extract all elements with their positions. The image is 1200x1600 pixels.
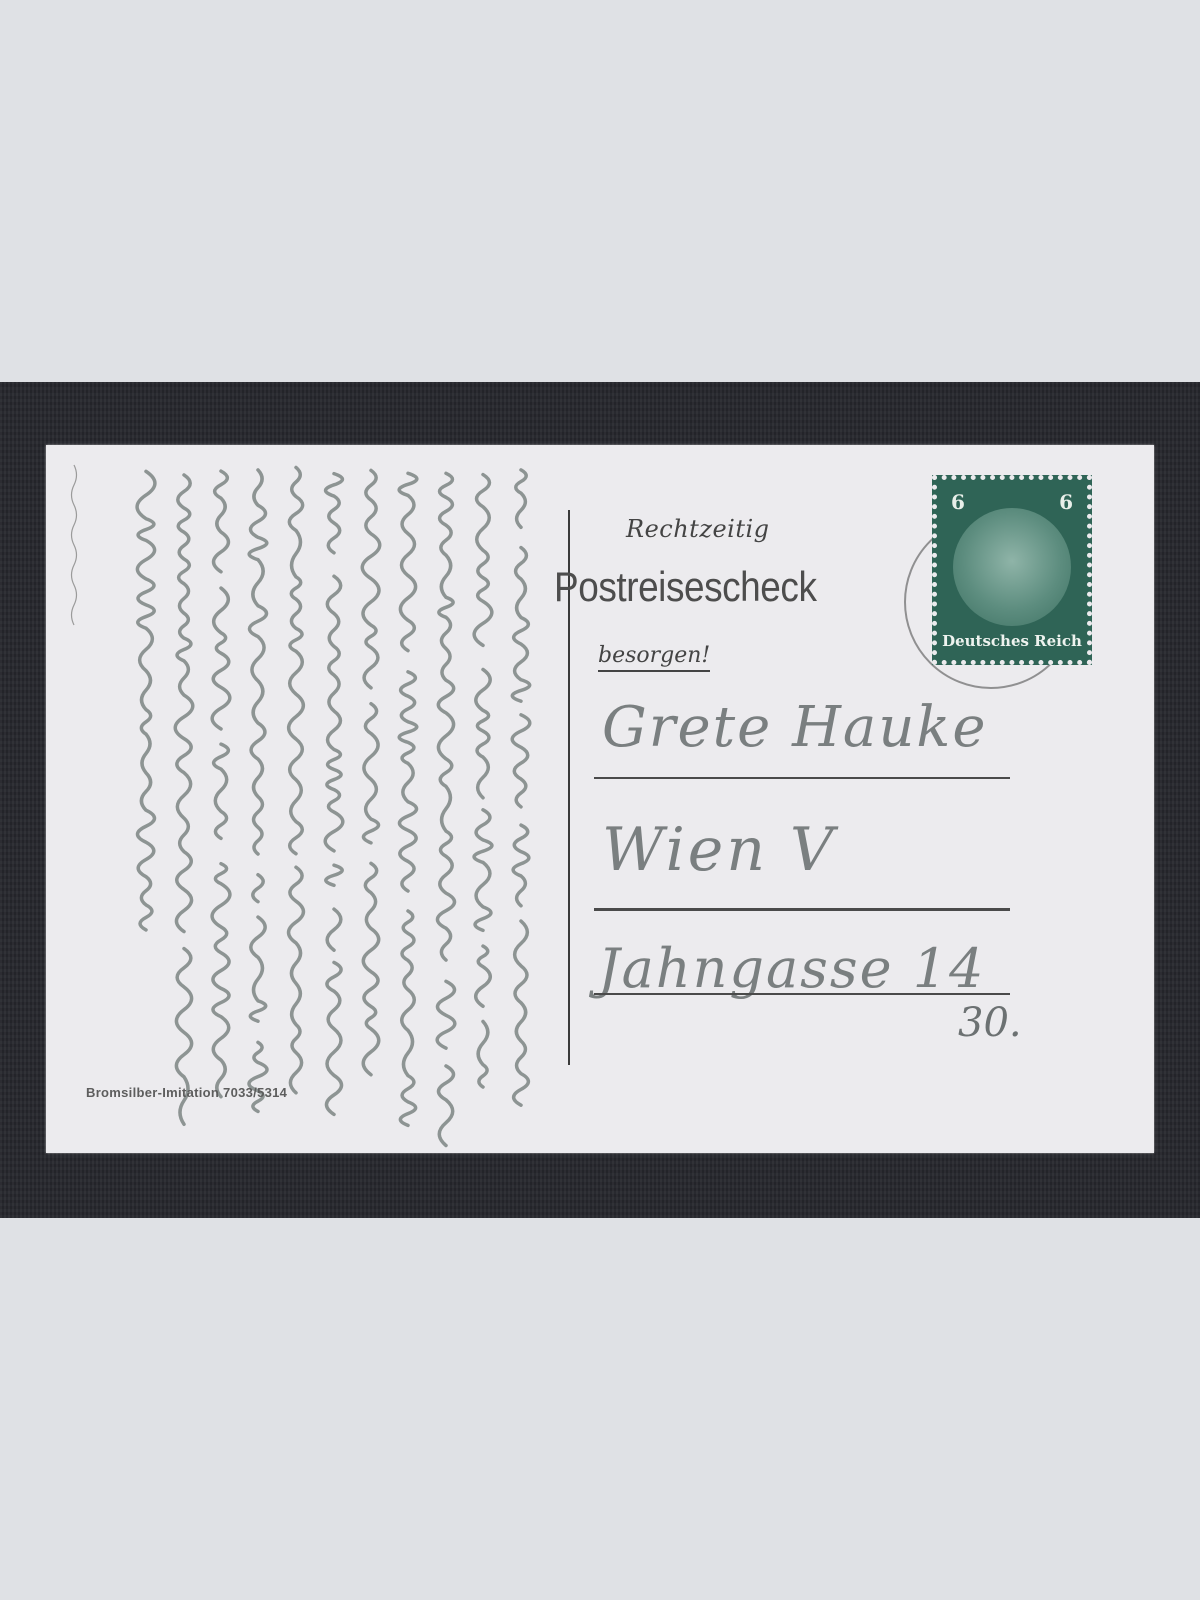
printer-imprint: Bromsilber-Imitation 7033/5314 <box>86 1085 287 1100</box>
address-line-2 <box>594 908 1010 911</box>
cancellation-bottom-line: besorgen! <box>598 643 710 672</box>
postcard: Rechtzeitig Postreisescheck besorgen! 6 … <box>46 445 1154 1153</box>
recipient-city: Wien V <box>602 815 836 885</box>
address-line-1 <box>594 777 1010 779</box>
stamp-value-right: 6 <box>1059 490 1073 514</box>
portrait-medallion-icon <box>953 508 1071 626</box>
cancellation-top-line: Rechtzeitig <box>626 515 770 543</box>
handwriting-strokes <box>46 445 566 1153</box>
recipient-unit: 30. <box>958 1000 1022 1046</box>
recipient-name: Grete Hauke <box>602 695 987 760</box>
stamp-country: Deutsches Reich <box>937 632 1087 650</box>
postage-stamp: 6 6 Deutsches Reich <box>932 475 1092 665</box>
stamp-value-left: 6 <box>951 490 965 514</box>
address-line-3 <box>594 993 1010 995</box>
recipient-street: Jahngasse 14 <box>598 937 985 1000</box>
cancellation-slogan: Postreisescheck <box>554 563 817 611</box>
